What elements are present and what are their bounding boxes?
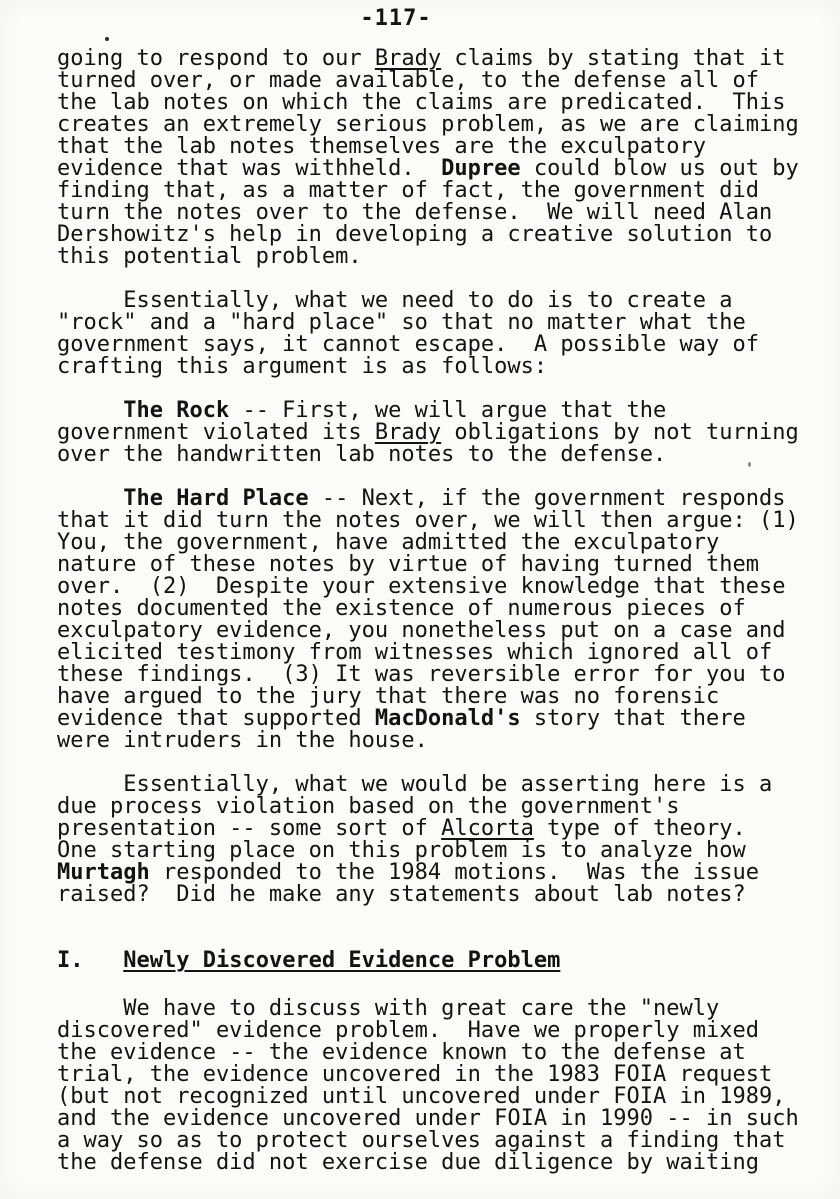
heading-spacer (84, 948, 124, 973)
paragraph-rock-hard-place-intro: Essentially, what we need to do is to cr… (57, 290, 820, 378)
paragraph-newly-discovered-discussion: We have to discuss with great care the "… (57, 998, 820, 1174)
scan-artifact-dot (105, 37, 109, 41)
body-text: -- Next, if the government responds that… (57, 486, 799, 731)
section-number: I. (57, 948, 84, 973)
paragraph-brady-claims: going to respond to our Brady claims by … (57, 48, 820, 268)
section-title: Newly Discovered Evidence Problem (123, 948, 560, 973)
scanned-document-page: -117- going to respond to our Brady clai… (0, 0, 840, 1199)
document-body: going to respond to our Brady claims by … (0, 48, 840, 1174)
page-number: -117- (360, 6, 431, 31)
paragraph-the-rock: The Rock -- First, we will argue that th… (57, 400, 820, 466)
body-text: responded to the 1984 motions. Was the i… (57, 860, 759, 907)
body-text: We have to discuss with great care the "… (57, 996, 799, 1175)
scan-artifact-dot (748, 462, 751, 467)
paragraph-the-hard-place: The Hard Place -- Next, if the governmen… (57, 488, 820, 752)
section-heading-newly-discovered-evidence: I. Newly Discovered Evidence Problem (57, 950, 820, 972)
page-header: -117- (0, 8, 840, 30)
body-text: Essentially, what we need to do is to cr… (57, 288, 759, 379)
paragraph-due-process: Essentially, what we would be asserting … (57, 774, 820, 906)
